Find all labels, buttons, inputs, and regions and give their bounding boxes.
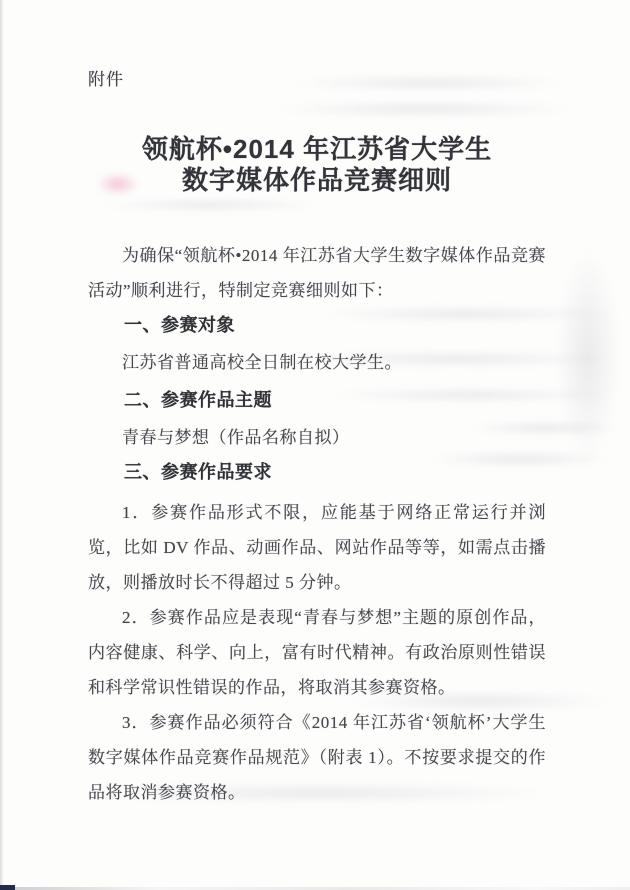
attachment-label: 附件 xyxy=(88,70,546,90)
intro-paragraph: 为确保“领航杯•2014 年江苏省大学生数字媒体作品竞赛活动”顺利进行，特制定竞… xyxy=(88,238,546,308)
scan-bleedthrough-mark xyxy=(556,250,620,460)
title-line-2: 数字媒体作品竞赛细则 xyxy=(88,165,546,196)
section-1-body: 江苏省普通高校全日制在校大学生。 xyxy=(88,345,546,380)
document-title: 领航杯•2014 年江苏省大学生 数字媒体作品竞赛细则 xyxy=(88,134,546,196)
section-2-heading: 二、参赛作品主题 xyxy=(88,383,546,418)
title-line-1: 领航杯•2014 年江苏省大学生 xyxy=(88,134,546,165)
scan-corner-mark xyxy=(0,885,15,890)
section-2-body: 青春与梦想（作品名称自拟） xyxy=(88,420,546,455)
scanned-document-page: 附件 领航杯•2014 年江苏省大学生 数字媒体作品竞赛细则 为确保“领航杯•2… xyxy=(0,0,630,890)
section-3-item-1: 1．参赛作品形式不限，应能基于网络正常运行并浏览，比如 DV 作品、动画作品、网… xyxy=(88,495,546,600)
section-3-item-2: 2．参赛作品应是表现“青春与梦想”主题的原创作品，内容健康、科学、向上，富有时代… xyxy=(88,600,546,705)
section-1-heading: 一、参赛对象 xyxy=(88,308,546,343)
document-content: 附件 领航杯•2014 年江苏省大学生 数字媒体作品竞赛细则 为确保“领航杯•2… xyxy=(88,0,546,810)
section-3-heading: 三、参赛作品要求 xyxy=(88,455,546,490)
section-3-item-3: 3．参赛作品必须符合《2014 年江苏省‘领航杯’大学生数字媒体作品竞赛作品规范… xyxy=(88,705,546,810)
scan-left-edge-shadow xyxy=(0,0,4,890)
